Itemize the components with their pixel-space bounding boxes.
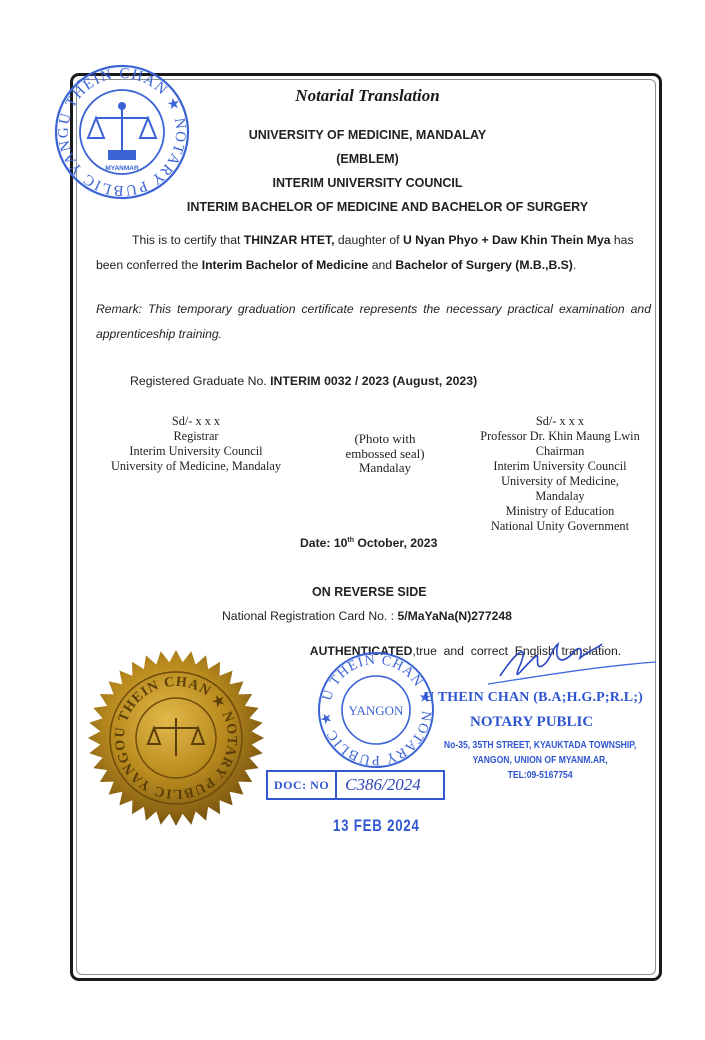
svg-text:YANGON: YANGON xyxy=(349,703,405,718)
parents-names: U Nyan Phyo + Daw Khin Thein Mya xyxy=(403,233,611,247)
degree-title: INTERIM BACHELOR OF MEDICINE AND BACHELO… xyxy=(20,200,705,214)
notary-title: NOTARY PUBLIC xyxy=(470,714,593,731)
degree-surgery: Bachelor of Surgery (M.B.,B.S) xyxy=(395,258,572,272)
doc-number-value: C386/2024 xyxy=(337,772,443,798)
notary-address: No-35, 35TH STREET, KYAUKTADA TOWNSHIP, … xyxy=(424,738,656,783)
council-name: INTERIM UNIVERSITY COUNCIL xyxy=(0,176,705,190)
registered-graduate-no: Registered Graduate No. INTERIM 0032 / 2… xyxy=(130,374,477,388)
notary-stamp-date: 13 FEB 2024 xyxy=(333,816,420,836)
notary-name: U THEIN CHAN (B.A;H.G.P;R.L;) xyxy=(424,690,643,706)
reverse-side-heading: ON REVERSE SIDE xyxy=(312,585,427,599)
document-title: Notarial Translation xyxy=(0,86,705,106)
issue-date: Date: 10th October, 2023 xyxy=(300,536,437,550)
notary-seal-yangon-icon: U THEIN CHAN ★ NOTARY PUBLIC ★ YANGON xyxy=(316,650,436,770)
university-name: UNIVERSITY OF MEDICINE, MANDALAY xyxy=(0,128,705,142)
graduate-name: THINZAR HTET, xyxy=(244,233,335,247)
doc-number-stamp: DOC: NO C386/2024 xyxy=(266,770,445,800)
photo-seal-note: (Photo with embossed seal) Mandalay xyxy=(320,432,450,476)
nrc-number: National Registration Card No. : 5/MaYaN… xyxy=(222,609,512,623)
remark-text: Remark: This temporary graduation certif… xyxy=(96,297,651,347)
certification-paragraph: This is to certify that THINZAR HTET, da… xyxy=(96,228,651,278)
svg-text:MYANMAR: MYANMAR xyxy=(105,165,139,172)
gold-embossed-seal-icon: U THEIN CHAN ★ NOTARY PUBLIC YANGON xyxy=(86,648,266,828)
doc-number-label: DOC: NO xyxy=(268,772,337,798)
emblem-note: (EMBLEM) xyxy=(0,152,705,166)
chairman-signature-block: Sd/- x x x Professor Dr. Khin Maung Lwin… xyxy=(470,414,650,534)
notary-signature-icon xyxy=(480,636,660,692)
registrar-signature-block: Sd/- x x x Registrar Interim University … xyxy=(96,414,296,474)
degree-medicine: Interim Bachelor of Medicine xyxy=(202,258,369,272)
